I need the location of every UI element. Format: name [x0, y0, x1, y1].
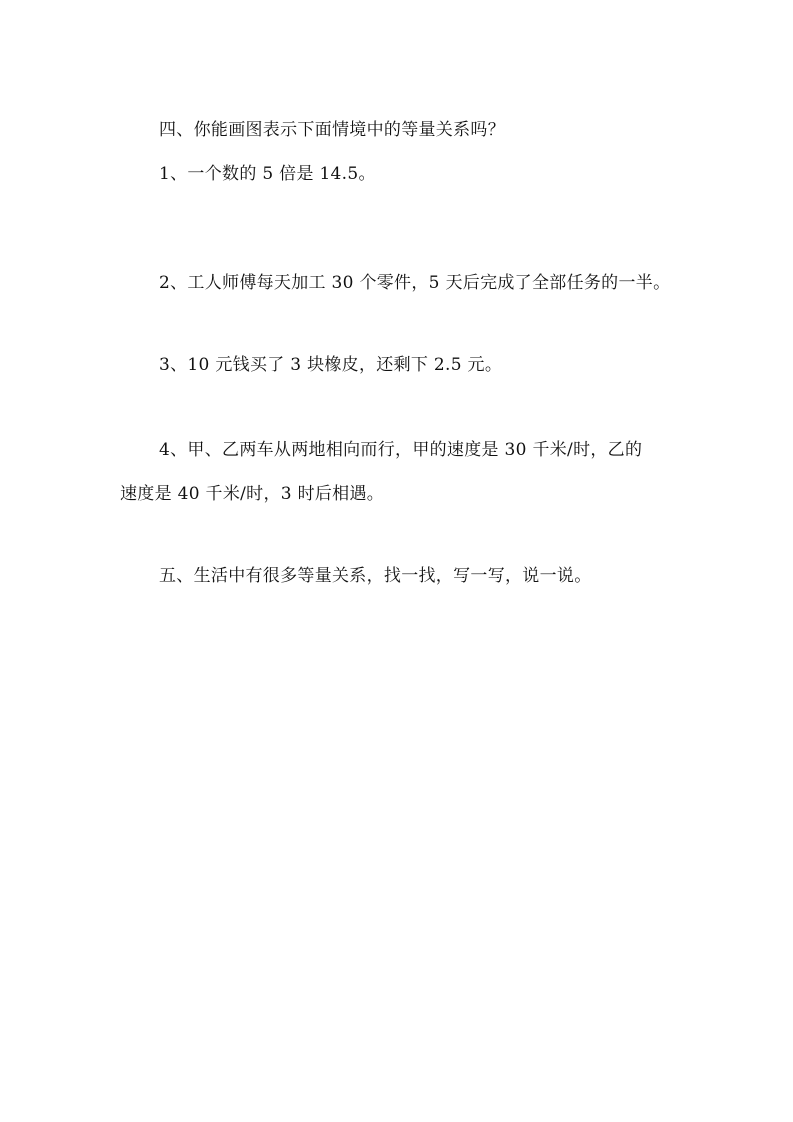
section-5-heading: 五、生活中有很多等量关系，找一找，写一写，说一说。: [159, 566, 592, 586]
section-4-heading: 四、你能画图表示下面情境中的等量关系吗？: [159, 120, 505, 140]
question-4-line-2: 速度是 40 千米/时，3 时后相遇。: [120, 484, 384, 504]
question-1: 1、一个数的 5 倍是 14.5。: [159, 164, 376, 184]
question-3: 3、10 元钱买了 3 块橡皮，还剩下 2.5 元。: [159, 355, 502, 375]
question-4-line-1: 4、甲、乙两车从两地相向而行，甲的速度是 30 千米/时，乙的: [159, 440, 642, 460]
question-2: 2、工人师傅每天加工 30 个零件，5 天后完成了全部任务的一半。: [159, 273, 670, 293]
